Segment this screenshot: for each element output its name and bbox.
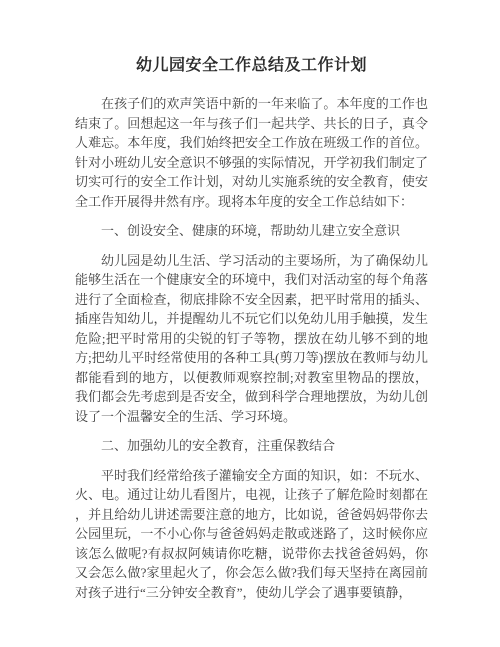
section-1-heading: 一、创设安全、健康的环境，帮助幼儿建立安全意识 bbox=[75, 221, 428, 241]
section-2-body: 平时我们经常给孩子灌输安全方面的知识，如：不玩水、火、电。通过让幼儿看图片，电视… bbox=[75, 466, 428, 603]
intro-paragraph: 在孩子们的欢声笑语中新的一年来临了。本年度的工作也结束了。回想起这一年与孩子们一… bbox=[75, 94, 428, 211]
section-2-heading: 二、加强幼儿的安全教育，注重保教结合 bbox=[75, 436, 428, 456]
section-1-body: 幼儿园是幼儿生活、学习活动的主要场所，为了确保幼儿能够生活在一个健康安全的环境中… bbox=[75, 251, 428, 427]
document-page: 幼儿园安全工作总结及工作计划 在孩子们的欢声笑语中新的一年来临了。本年度的工作也… bbox=[0, 0, 500, 647]
document-title: 幼儿园安全工作总结及工作计划 bbox=[75, 54, 428, 78]
